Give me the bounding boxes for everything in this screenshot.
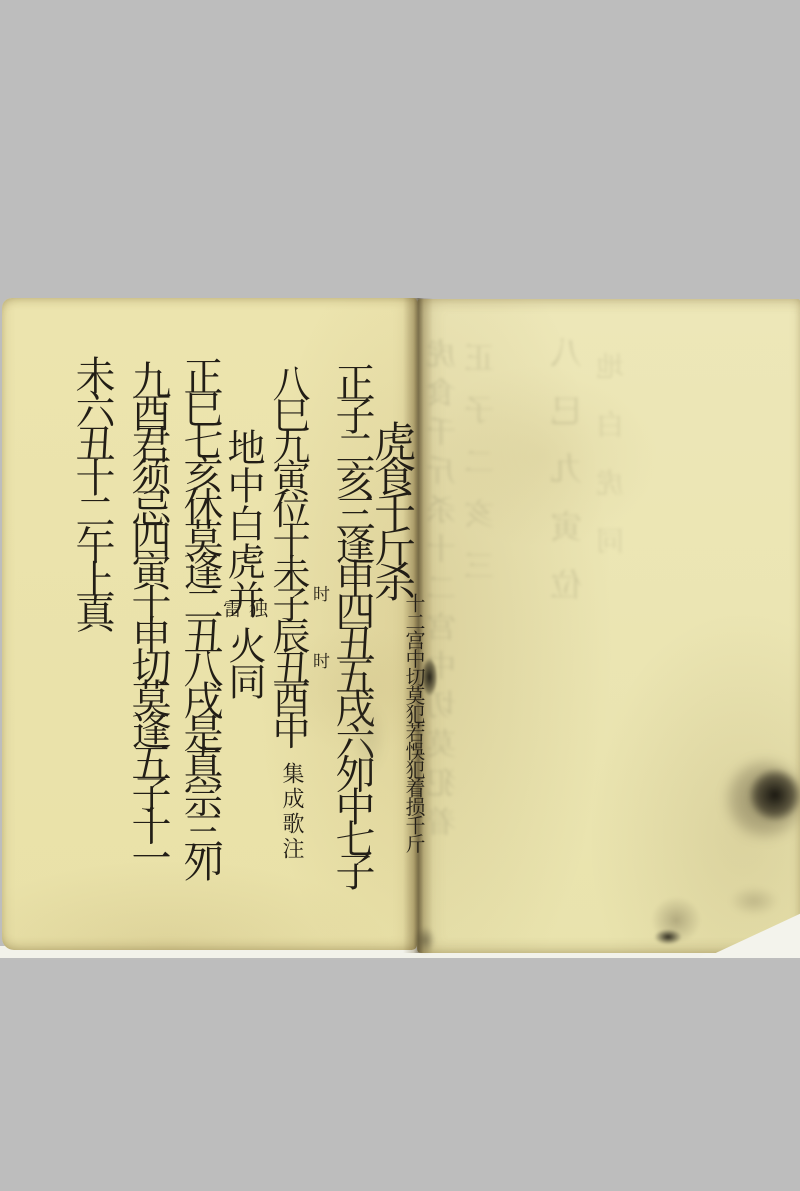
manuscript-scan: 虎食千斤杀 十二宫中切莫犯若悞犯着损千斤 正子二亥三逢申四丑五戌六夘中七子 集成… <box>0 0 800 1191</box>
verse-column-2: 八巳九寅位十未子辰丑酉中 <box>269 364 307 743</box>
verse-column-5: 九酉君须忌四寅十申切莫逢五子十一 <box>128 360 168 869</box>
bleedthrough-column-3: 八巳九寅位 <box>552 336 584 626</box>
verse-column-6: 未六丑十二午上真 <box>72 355 112 627</box>
heading-small-note-column: 十二宫中切莫犯若悞犯着损千斤 <box>404 593 424 852</box>
verse-column-4: 正巳七亥休莫逢二丑八戌是真宗三夘 <box>180 356 220 874</box>
verse-column-3-variant-right: 独 <box>247 599 266 618</box>
verse-column-3: 地中白虎并 <box>224 428 262 618</box>
verse-column-3-variant-left: 雷 <box>221 599 240 618</box>
verse-column-2-small-note-2: 时 <box>310 652 327 669</box>
bleedthrough-column-1: 虎食千斤杀十二宫中切莫犯着 <box>430 338 460 845</box>
verse-column-3-tail: 火同 <box>225 626 263 698</box>
bleedthrough-column-2: 正子二亥三 <box>468 342 498 602</box>
bleedthrough-column-4: 地白虎同 <box>598 352 626 584</box>
heading-column: 虎食千斤杀 <box>371 420 413 595</box>
verse-column-1: 正子二亥三逢申四丑五戌六夘中七子 <box>332 362 372 884</box>
source-note-column: 集成歌注 <box>280 762 302 862</box>
verse-column-2-small-note-1: 时 <box>310 585 327 602</box>
